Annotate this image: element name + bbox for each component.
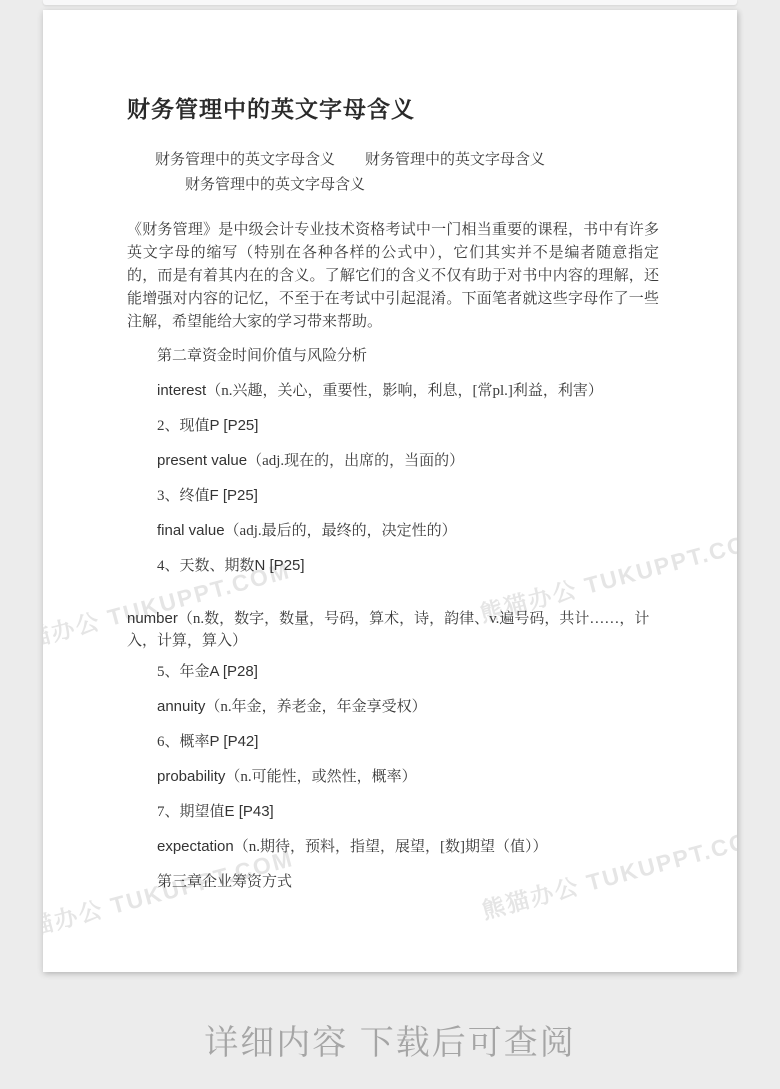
vocab-definition: （adj.最后的，最终的，决定性的） xyxy=(225,523,457,539)
item-line-2: 2、现值P [P25] xyxy=(127,417,659,435)
item-line-6: 6、概率P [P42] xyxy=(127,733,659,751)
vocab-term: annuity xyxy=(157,698,205,715)
footer-notice: 详细内容 下载后可查阅 xyxy=(0,1015,780,1064)
vocab-term: interest xyxy=(157,382,206,399)
item-line-4: 4、天数、期数N [P25] xyxy=(127,557,659,575)
page-title: 财务管理中的英文字母含义 xyxy=(127,95,659,125)
vocab-line-probability: probability（n.可能性，或然性，概率） xyxy=(127,768,659,786)
vocab-definition: （n.可能性，或然性，概率） xyxy=(225,769,416,785)
subtitle-row-1: 财务管理中的英文字母含义财务管理中的英文字母含义 xyxy=(127,148,659,173)
item-symbol: A [P28] xyxy=(210,663,258,680)
preview-background: 熊猫办公 TUKUPPT.COM 熊猫办公 TUKUPPT.COM 熊猫办公 T… xyxy=(0,0,780,1089)
section-heading-chapter2: 第二章资金时间价值与风险分析 xyxy=(127,347,659,365)
item-symbol: F [P25] xyxy=(210,487,258,504)
item-line-5: 5、年金A [P28] xyxy=(127,663,659,681)
vocab-definition: （n.兴趣，关心，重要性，影响，利息，[常pl.]利益，利害） xyxy=(206,383,603,399)
item-symbol: P [P25] xyxy=(210,417,259,434)
item-label: 6、概率 xyxy=(157,734,210,750)
vocab-line-present-value: present value（adj.现在的，出席的，当面的） xyxy=(127,452,659,470)
subtitle-text: 财务管理中的英文字母含义 xyxy=(155,152,335,168)
vocab-line-expectation: expectation（n.期待，预料，指望，展望，[数]期望（值）） xyxy=(127,838,659,856)
item-label: 4、天数、期数 xyxy=(157,558,255,574)
subtitle-row-2: 财务管理中的英文字母含义 xyxy=(127,173,659,198)
subtitle-text: 财务管理中的英文字母含义 xyxy=(365,152,545,168)
vocab-term: present value xyxy=(157,452,247,469)
intro-paragraph: 《财务管理》是中级会计专业技术资格考试中一门相当重要的课程，书中有许多英文字母的… xyxy=(127,219,659,334)
document-content: 财务管理中的英文字母含义 财务管理中的英文字母含义财务管理中的英文字母含义 财务… xyxy=(127,10,659,908)
item-line-7: 7、期望值E [P43] xyxy=(127,803,659,821)
vocab-definition: （adj.现在的，出席的，当面的） xyxy=(247,453,464,469)
vocab-line-annuity: annuity（n.年金，养老金，年金享受权） xyxy=(127,698,659,716)
section-heading-text: 第二章资金时间价值与风险分析 xyxy=(157,348,367,364)
vocab-term: probability xyxy=(157,768,225,785)
subtitle-text: 财务管理中的英文字母含义 xyxy=(185,177,365,193)
vocab-definition: （n.数，数字，数量，号码，算术，诗，韵律、v.遍号码，共计……，计入，计算，算… xyxy=(127,611,649,649)
item-line-3: 3、终值F [P25] xyxy=(127,487,659,505)
item-symbol: E [P43] xyxy=(225,803,274,820)
item-label: 3、终值 xyxy=(157,488,210,504)
vocab-term: final value xyxy=(157,522,225,539)
item-label: 7、期望值 xyxy=(157,804,225,820)
section-heading-chapter3: 第三章企业筹资方式 xyxy=(127,873,659,891)
section-heading-text: 第三章企业筹资方式 xyxy=(157,874,292,890)
vocab-term: expectation xyxy=(157,838,234,855)
vocab-term: number xyxy=(127,610,178,627)
item-label: 2、现值 xyxy=(157,418,210,434)
vocab-line-final-value: final value（adj.最后的，最终的，决定性的） xyxy=(127,522,659,540)
vocab-definition: （n.年金，养老金，年金享受权） xyxy=(205,699,426,715)
vocab-line-interest: interest（n.兴趣，关心，重要性，影响，利息，[常pl.]利益，利害） xyxy=(127,382,659,400)
vocab-definition: （n.期待，预料，指望，展望，[数]期望（值）） xyxy=(234,839,548,855)
document-page: 熊猫办公 TUKUPPT.COM 熊猫办公 TUKUPPT.COM 熊猫办公 T… xyxy=(43,10,737,972)
item-label: 5、年金 xyxy=(157,664,210,680)
item-symbol: P [P42] xyxy=(210,733,259,750)
previous-page-bottom-edge xyxy=(43,0,737,5)
item-symbol: N [P25] xyxy=(255,557,305,574)
vocab-line-number: number（n.数，数字，数量，号码，算术，诗，韵律、v.遍号码，共计……，计… xyxy=(127,608,659,652)
